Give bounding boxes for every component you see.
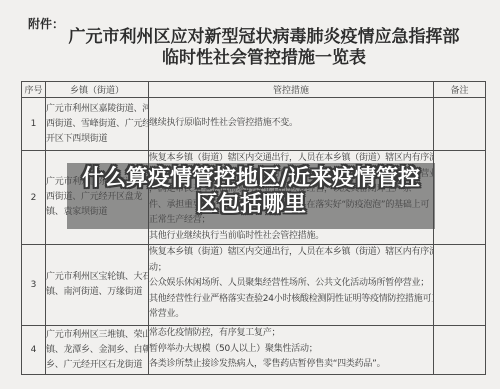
table-header-row: 序号 乡镇（街道） 管控措施 备注 — [22, 82, 486, 98]
remark-cell — [434, 245, 486, 326]
caption-line-1: 什么算疫情管控地区/近来疫情管控 — [82, 166, 420, 192]
measures-cell: 常态化疫情防控，有序复工复产； 暂停举办大规模（50人以上）聚集性活动； 各类诊… — [149, 326, 434, 375]
col-header-index: 序号 — [22, 82, 46, 98]
caption-overlay-band: 什么算疫情管控地区/近来疫情管控 区包括哪里 — [67, 163, 435, 229]
table-row: 4 广元市利州区三堆镇、荣山 镇、龙潭乡、金洞乡、白朝 乡、广元经开区石龙街道 … — [22, 326, 486, 375]
document-title: 广元市利州区应对新型冠状病毒肺炎疫情应急指挥部 临时性社会管控措施一览表 — [40, 27, 488, 68]
table-row: 3 广元市利州区宝轮镇、大石 镇、南河街道、万缘街道 恢复本乡镇（街道）辖区内交… — [22, 245, 486, 326]
row-index: 2 — [22, 151, 46, 245]
col-header-measures: 管控措施 — [149, 82, 434, 98]
col-header-remark: 备注 — [434, 82, 486, 98]
row-index: 1 — [22, 98, 46, 151]
remark-cell — [434, 326, 486, 375]
township-cell: 广元市利州区宝轮镇、大石 镇、南河街道、万缘街道 — [46, 245, 149, 326]
col-header-township: 乡镇（街道） — [46, 82, 149, 98]
township-cell: 广元市利州区嘉陵街道、河 西街道、雪峰街道、广元经 开区下西坝街道 — [46, 98, 149, 151]
measures-cell: 恢复本乡镇（街道）辖区内交通出行，人员在本乡镇（街道）辖区内有序流 动； 公众娱… — [149, 245, 434, 326]
caption-line-2: 区包括哪里 — [196, 192, 306, 218]
row-index: 3 — [22, 245, 46, 326]
title-line-1: 广元市利州区应对新型冠状病毒肺炎疫情应急指挥部 — [40, 27, 488, 48]
title-line-2: 临时性社会管控措施一览表 — [40, 48, 488, 69]
township-cell: 广元市利州区三堆镇、荣山 镇、龙潭乡、金洞乡、白朝 乡、广元经开区石龙街道 — [46, 326, 149, 375]
measures-cell: 继续执行原临时性社会管控措施不变。 — [149, 98, 434, 151]
table-row: 1 广元市利州区嘉陵街道、河 西街道、雪峰街道、广元经 开区下西坝街道 继续执行… — [22, 98, 486, 151]
remark-cell — [434, 151, 486, 245]
document-page: 附件： 广元市利州区应对新型冠状病毒肺炎疫情应急指挥部 临时性社会管控措施一览表… — [0, 0, 500, 389]
remark-cell — [434, 98, 486, 151]
row-index: 4 — [22, 326, 46, 375]
